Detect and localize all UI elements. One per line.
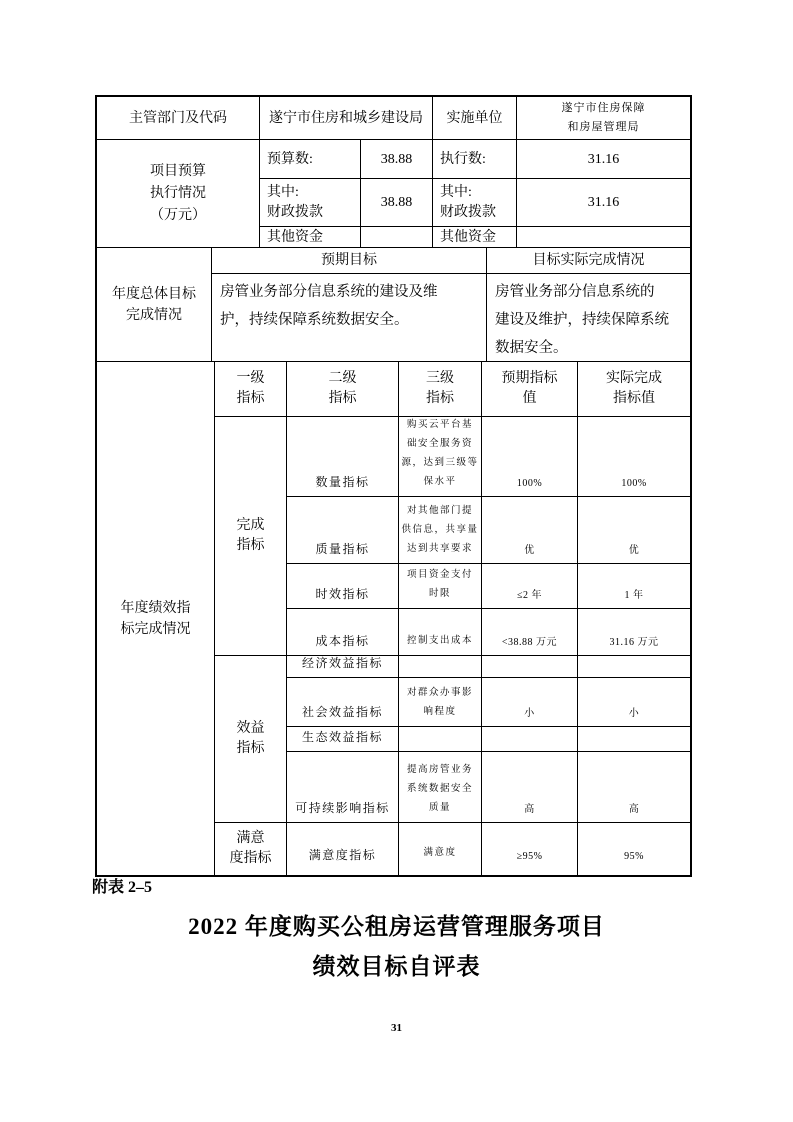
attachment-label: 附表 2–5 [92,874,152,897]
level2-header-cell: 二级 指标 [287,362,399,417]
quality-indicator-desc-cell: 对其他部门提 供信息，共享量 达到共享要求 [399,497,482,564]
budget-fiscal-label-cell: 其中: 财政拨款 [260,179,361,227]
social-benefit-actual-cell: 小 [578,678,690,727]
sustainable-impact-actual-cell: 高 [578,752,690,823]
social-benefit-label-cell: 社会效益指标 [287,678,399,727]
expected-goal-header-cell: 预期目标 [212,248,487,274]
exec-number-label-cell: 执行数: [433,140,517,179]
social-benefit-desc-cell: 对群众办事影 响程度 [399,678,482,727]
timeliness-indicator-expected-cell: ≤2 年 [482,564,578,609]
sustainable-impact-desc-cell: 提高房管业务 系统数据安全 质量 [399,752,482,823]
social-benefit-expected-cell: 小 [482,678,578,727]
dept-code-label-cell: 主管部门及代码 [97,97,260,140]
eco-benefit-desc-cell [399,727,482,752]
sustainable-impact-label-cell: 可持续影响指标 [287,752,399,823]
cost-indicator-expected-cell: <38.88 万元 [482,609,578,656]
indicators-section: 年度绩效指 标完成情况 一级 指标 二级 指标 三级 指标 预期指标 值 实际完… [97,362,690,875]
page-number: 31 [0,1022,793,1034]
timeliness-indicator-actual-cell: 1 年 [578,564,690,609]
impl-unit-label-cell: 实施单位 [433,97,517,140]
completion-group-cell: 完成 指标 [215,417,287,656]
budget-fiscal-value-cell: 38.88 [361,179,433,227]
benefit-group-cell: 效益 指标 [215,656,287,823]
exec-number-value-cell: 31.16 [517,140,690,179]
budget-other-funds-value-cell [361,227,433,248]
quality-indicator-label-cell: 质量指标 [287,497,399,564]
quantity-indicator-actual-cell: 100% [578,417,690,497]
actual-goal-text-cell: 房管业务部分信息系统的 建设及维护，持续保障系统 数据安全。 [487,274,690,362]
budget-other-funds-label-cell: 其他资金 [260,227,361,248]
level1-header-cell: 一级 指标 [215,362,287,417]
level3-header-cell: 三级 指标 [399,362,482,417]
actual-goal-header-cell: 目标实际完成情况 [487,248,690,274]
performance-self-evaluation-table: 主管部门及代码 遂宁市住房和城乡建设局 实施单位 遂宁市住房保障 和房屋管理局 … [95,95,692,877]
quantity-indicator-label-cell: 数量指标 [287,417,399,497]
exec-other-funds-value-cell [517,227,690,248]
exec-other-funds-label-cell: 其他资金 [433,227,517,248]
timeliness-indicator-desc-cell: 项目资金支付 时限 [399,564,482,609]
economic-benefit-desc-cell [399,656,482,678]
satisfaction-indicator-label-cell: 满意度指标 [287,823,399,875]
budget-number-label-cell: 预算数: [260,140,361,179]
exec-fiscal-label-cell: 其中: 财政拨款 [433,179,517,227]
indicators-label-cell: 年度绩效指 标完成情况 [97,362,215,875]
quality-indicator-expected-cell: 优 [482,497,578,564]
budget-section: 主管部门及代码 遂宁市住房和城乡建设局 实施单位 遂宁市住房保障 和房屋管理局 … [97,97,690,248]
report-title-line2: 绩效目标自评表 [0,948,793,981]
satisfaction-indicator-actual-cell: 95% [578,823,690,875]
eco-benefit-expected-cell [482,727,578,752]
eco-benefit-actual-cell [578,727,690,752]
satisfaction-indicator-desc-cell: 满意度 [399,823,482,875]
report-title-line1: 2022 年度购买公租房运营管理服务项目 [0,908,793,941]
quality-indicator-actual-cell: 优 [578,497,690,564]
budget-number-value-cell: 38.88 [361,140,433,179]
annual-goal-section: 年度总体目标 完成情况 预期目标 目标实际完成情况 房管业务部分信息系统的建设及… [97,248,690,362]
cost-indicator-label-cell: 成本指标 [287,609,399,656]
economic-benefit-expected-cell [482,656,578,678]
annual-goal-label-cell: 年度总体目标 完成情况 [97,248,212,362]
exec-fiscal-value-cell: 31.16 [517,179,690,227]
budget-section-label-cell: 项目预算 执行情况 （万元） [97,140,260,248]
quantity-indicator-expected-cell: 100% [482,417,578,497]
satisfaction-group-cell: 满意 度指标 [215,823,287,875]
economic-benefit-label-cell: 经济效益指标 [287,656,399,678]
cost-indicator-desc-cell: 控制支出成本 [399,609,482,656]
sustainable-impact-expected-cell: 高 [482,752,578,823]
actual-value-header-cell: 实际完成 指标值 [578,362,690,417]
quantity-indicator-desc-cell: 购买云平台基 础安全服务资 源，达到三级等 保水平 [399,417,482,497]
dept-value-cell: 遂宁市住房和城乡建设局 [260,97,433,140]
cost-indicator-actual-cell: 31.16 万元 [578,609,690,656]
eco-benefit-label-cell: 生态效益指标 [287,727,399,752]
economic-benefit-actual-cell [578,656,690,678]
document-page: 主管部门及代码 遂宁市住房和城乡建设局 实施单位 遂宁市住房保障 和房屋管理局 … [0,0,793,1122]
expected-value-header-cell: 预期指标 值 [482,362,578,417]
expected-goal-text-cell: 房管业务部分信息系统的建设及维 护，持续保障系统数据安全。 [212,274,487,362]
impl-unit-value-cell: 遂宁市住房保障 和房屋管理局 [517,97,690,140]
timeliness-indicator-label-cell: 时效指标 [287,564,399,609]
satisfaction-indicator-expected-cell: ≥95% [482,823,578,875]
